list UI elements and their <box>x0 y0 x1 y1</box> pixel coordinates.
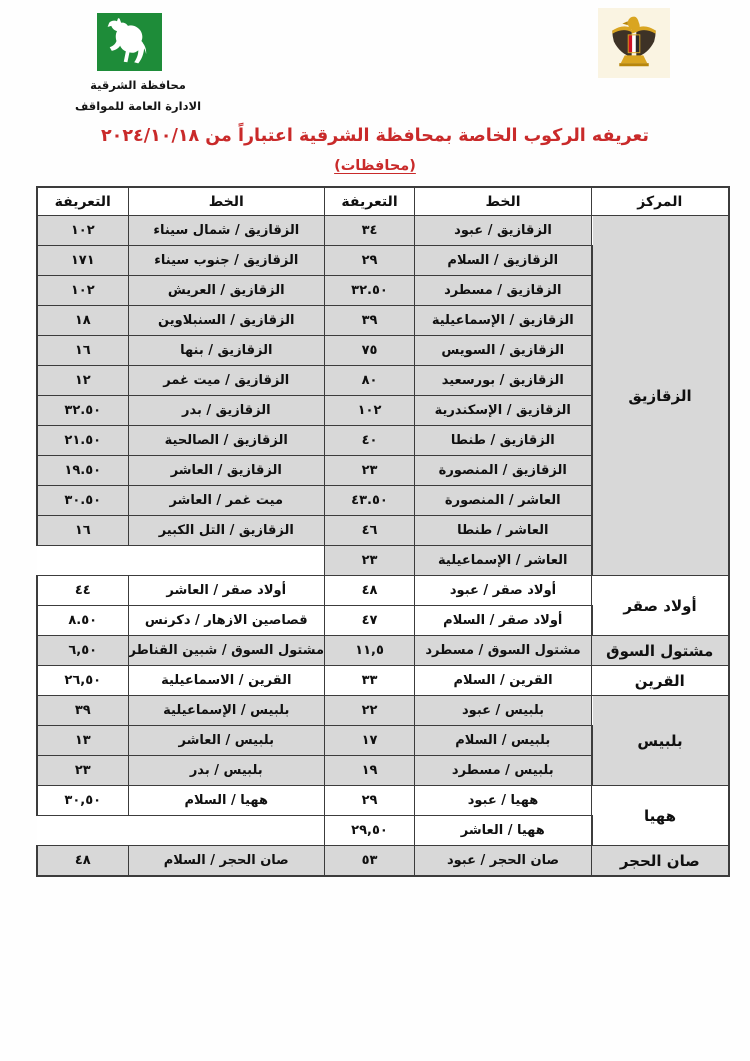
route-cell: الزقازيق / الإسكندرية <box>415 396 592 426</box>
fare-cell: ٤٣.٥٠ <box>325 486 415 516</box>
route-cell: الزقازيق / الإسماعيلية <box>415 306 592 336</box>
fare-cell: ١٩ <box>325 756 415 786</box>
org-block: محافظة الشرقية الادارة العامة للمواقف <box>38 78 238 114</box>
fare-cell: ١٩.٥٠ <box>37 456 128 486</box>
center-cell: مشتول السوق <box>592 636 729 666</box>
route-cell: ميت غمر / العاشر <box>128 486 325 516</box>
col-header-line-1: الخط <box>415 187 592 216</box>
fare-cell: ١٠٢ <box>37 276 128 306</box>
route-cell: صان الحجر / السلام <box>128 846 325 877</box>
fare-cell: ٥٣ <box>325 846 415 877</box>
route-cell: القرين / الاسماعيلية <box>128 666 325 696</box>
fare-cell: ٤٨ <box>37 846 128 877</box>
route-cell: العاشر / الإسماعيلية <box>415 546 592 576</box>
fare-cell: ٨.٥٠ <box>37 606 128 636</box>
fare-cell: ٣٠,٥٠ <box>37 786 128 816</box>
route-cell: بلبيس / السلام <box>415 726 592 756</box>
route-cell: الزقازيق / بدر <box>128 396 325 426</box>
table-row: أولاد صقرأولاد صقر / عبود٤٨أولاد صقر / ا… <box>37 576 729 606</box>
col-header-center: المركز <box>592 187 729 216</box>
fare-cell: ١١,٥ <box>325 636 415 666</box>
fare-cell: ٣٢.٥٠ <box>37 396 128 426</box>
document-page: محافظة الشرقية الادارة العامة للمواقف <box>0 0 750 1061</box>
fare-cell: ١٠٢ <box>37 216 128 246</box>
route-cell: الزقازيق / بنها <box>128 336 325 366</box>
fare-cell: ٢٢ <box>325 696 415 726</box>
fare-cell: ٨٠ <box>325 366 415 396</box>
route-cell: بلبيس / عبود <box>415 696 592 726</box>
route-cell: القرين / السلام <box>415 666 592 696</box>
fare-cell: ٢٣ <box>325 546 415 576</box>
empty-cell <box>37 546 325 576</box>
col-header-line-2: الخط <box>128 187 325 216</box>
route-cell: مشتول السوق / مسطرد <box>415 636 592 666</box>
org-name: محافظة الشرقية <box>38 78 238 93</box>
empty-cell <box>37 816 325 846</box>
fare-cell: ٣٩ <box>37 696 128 726</box>
route-cell: الزقازيق / الصالحية <box>128 426 325 456</box>
fare-cell: ٢٦,٥٠ <box>37 666 128 696</box>
route-cell: الزقازيق / التل الكبير <box>128 516 325 546</box>
route-cell: صان الحجر / عبود <box>415 846 592 877</box>
fare-cell: ١٦ <box>37 516 128 546</box>
tariff-table: المركز الخط التعريفة الخط التعريفة الزقا… <box>36 186 730 877</box>
fare-cell: ٢٩,٥٠ <box>325 816 415 846</box>
route-cell: الزقازيق / جنوب سيناء <box>128 246 325 276</box>
route-cell: أولاد صقر / العاشر <box>128 576 325 606</box>
horse-icon <box>101 16 159 68</box>
route-cell: قصاصين الازهار / دكرنس <box>128 606 325 636</box>
table-row: القرينالقرين / السلام٣٣القرين / الاسماعي… <box>37 666 729 696</box>
route-cell: بلبيس / العاشر <box>128 726 325 756</box>
center-cell: القرين <box>592 666 729 696</box>
center-cell: ههيا <box>592 786 729 846</box>
fare-cell: ٢٣ <box>325 456 415 486</box>
col-header-fare-2: التعريفة <box>37 187 128 216</box>
fare-cell: ١٦ <box>37 336 128 366</box>
fare-cell: ٣٠.٥٠ <box>37 486 128 516</box>
fare-cell: ٢٩ <box>325 246 415 276</box>
fare-cell: ٧٥ <box>325 336 415 366</box>
route-cell: الزقازيق / بورسعيد <box>415 366 592 396</box>
dept-name: الادارة العامة للمواقف <box>38 99 238 114</box>
route-cell: بلبيس / الإسماعيلية <box>128 696 325 726</box>
fare-cell: ٤٦ <box>325 516 415 546</box>
tariff-table-body: الزقازيقالزقازيق / عبود٣٤الزقازيق / شمال… <box>37 216 729 877</box>
route-cell: مشتول السوق / شبين القناطر <box>128 636 325 666</box>
fare-cell: ١٢ <box>37 366 128 396</box>
fare-cell: ١٣ <box>37 726 128 756</box>
fare-cell: ٤٤ <box>37 576 128 606</box>
center-cell: الزقازيق <box>592 216 729 576</box>
route-cell: الزقازيق / السويس <box>415 336 592 366</box>
fare-cell: ١٧١ <box>37 246 128 276</box>
egypt-emblem <box>598 8 670 78</box>
route-cell: ههيا / السلام <box>128 786 325 816</box>
fare-cell: ١٧ <box>325 726 415 756</box>
sharqia-governorate-logo <box>97 13 162 71</box>
fare-cell: ٢٣ <box>37 756 128 786</box>
route-cell: الزقازيق / مسطرد <box>415 276 592 306</box>
route-cell: أولاد صقر / عبود <box>415 576 592 606</box>
header-row: المركز الخط التعريفة الخط التعريفة <box>37 187 729 216</box>
tariff-table-wrap: المركز الخط التعريفة الخط التعريفة الزقا… <box>36 186 730 877</box>
route-cell: العاشر / طنطا <box>415 516 592 546</box>
page-title: تعريفه الركوب الخاصة بمحافظة الشرقية اعت… <box>0 126 750 146</box>
egypt-eagle-icon <box>602 12 666 74</box>
table-row: الزقازيقالزقازيق / عبود٣٤الزقازيق / شمال… <box>37 216 729 246</box>
fare-cell: ٤٧ <box>325 606 415 636</box>
fare-cell: ٢١.٥٠ <box>37 426 128 456</box>
center-cell: بلبيس <box>592 696 729 786</box>
route-cell: أولاد صقر / السلام <box>415 606 592 636</box>
route-cell: الزقازيق / المنصورة <box>415 456 592 486</box>
center-cell: صان الحجر <box>592 846 729 877</box>
route-cell: الزقازيق / ميت غمر <box>128 366 325 396</box>
route-cell: بلبيس / بدر <box>128 756 325 786</box>
table-row: مشتول السوقمشتول السوق / مسطرد١١,٥مشتول … <box>37 636 729 666</box>
table-row: صان الحجرصان الحجر / عبود٥٣صان الحجر / ا… <box>37 846 729 877</box>
route-cell: الزقازيق / عبود <box>415 216 592 246</box>
fare-cell: ٢٩ <box>325 786 415 816</box>
fare-cell: ٣٢.٥٠ <box>325 276 415 306</box>
fare-cell: ٤٨ <box>325 576 415 606</box>
fare-cell: ١٠٢ <box>325 396 415 426</box>
table-row: ههياههيا / عبود٢٩ههيا / السلام٣٠,٥٠ <box>37 786 729 816</box>
route-cell: ههيا / العاشر <box>415 816 592 846</box>
route-cell: العاشر / المنصورة <box>415 486 592 516</box>
fare-cell: ٤٠ <box>325 426 415 456</box>
route-cell: الزقازيق / العاشر <box>128 456 325 486</box>
page-subtitle: (محافظات) <box>0 158 750 174</box>
fare-cell: ٣٤ <box>325 216 415 246</box>
fare-cell: ١٨ <box>37 306 128 336</box>
center-cell: أولاد صقر <box>592 576 729 636</box>
route-cell: الزقازيق / العريش <box>128 276 325 306</box>
fare-cell: ٣٣ <box>325 666 415 696</box>
route-cell: بلبيس / مسطرد <box>415 756 592 786</box>
route-cell: الزقازيق / شمال سيناء <box>128 216 325 246</box>
route-cell: الزقازيق / السلام <box>415 246 592 276</box>
col-header-fare-1: التعريفة <box>325 187 415 216</box>
route-cell: الزقازيق / طنطا <box>415 426 592 456</box>
route-cell: الزقازيق / السنبلاوين <box>128 306 325 336</box>
fare-cell: ٣٩ <box>325 306 415 336</box>
table-row: بلبيسبلبيس / عبود٢٢بلبيس / الإسماعيلية٣٩ <box>37 696 729 726</box>
fare-cell: ٦,٥٠ <box>37 636 128 666</box>
route-cell: ههيا / عبود <box>415 786 592 816</box>
